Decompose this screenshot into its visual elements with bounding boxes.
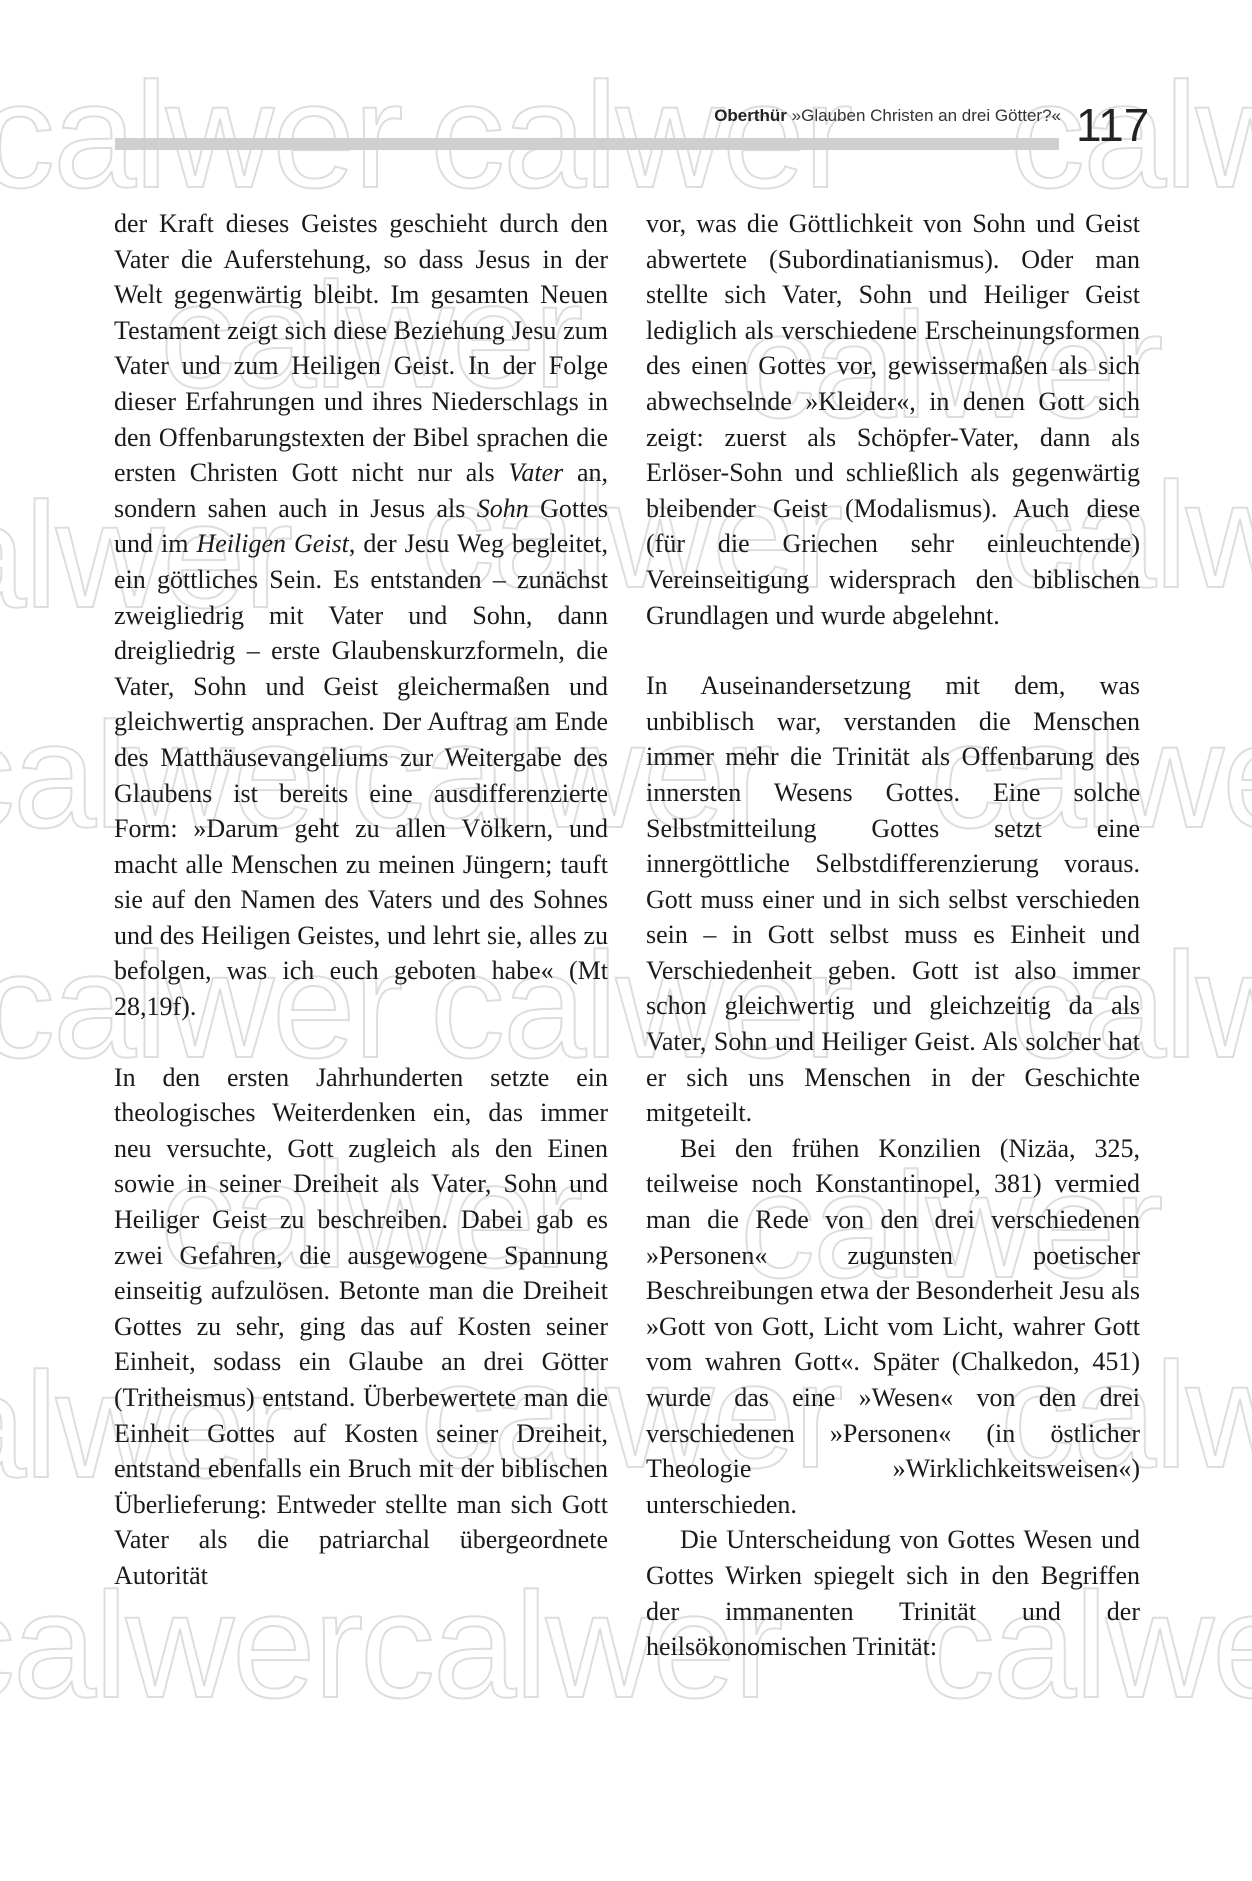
paragraph: Bei den frühen Konzilien (Nizäa, 325, te… bbox=[646, 1131, 1140, 1523]
italic-term: Heiligen Geist bbox=[196, 529, 348, 558]
paragraph: vor, was die Göttlichkeit von Sohn und G… bbox=[646, 206, 1140, 633]
paragraph: In Auseinandersetzung mit dem, was unbib… bbox=[646, 668, 1140, 1131]
header-rule bbox=[115, 138, 1059, 150]
text-run: , der Jesu Weg begleitet, ein göttliches… bbox=[114, 529, 608, 1021]
watermark: calwer bbox=[430, 60, 851, 210]
right-column: vor, was die Göttlichkeit von Sohn und G… bbox=[646, 206, 1140, 1665]
italic-term: Sohn bbox=[477, 494, 529, 523]
paragraph: In den ersten Jahrhunderten setzte ein t… bbox=[114, 1060, 608, 1594]
paragraph: der Kraft dieses Geistes geschieht durch… bbox=[114, 206, 608, 1025]
left-column: der Kraft dieses Geistes geschieht durch… bbox=[114, 206, 608, 1594]
header-title: »Glauben Christen an drei Götter?« bbox=[792, 106, 1061, 125]
text-run: der Kraft dieses Geistes geschieht durch… bbox=[114, 209, 608, 487]
paragraph: Die Unterscheidung von Gottes Wesen und … bbox=[646, 1522, 1140, 1664]
italic-term: Vater bbox=[508, 458, 563, 487]
watermark: calwer bbox=[0, 60, 401, 210]
page-number: 117 bbox=[1076, 98, 1149, 152]
running-header: Oberthür »Glauben Christen an drei Götte… bbox=[714, 106, 1061, 126]
header-author: Oberthür bbox=[714, 106, 787, 125]
